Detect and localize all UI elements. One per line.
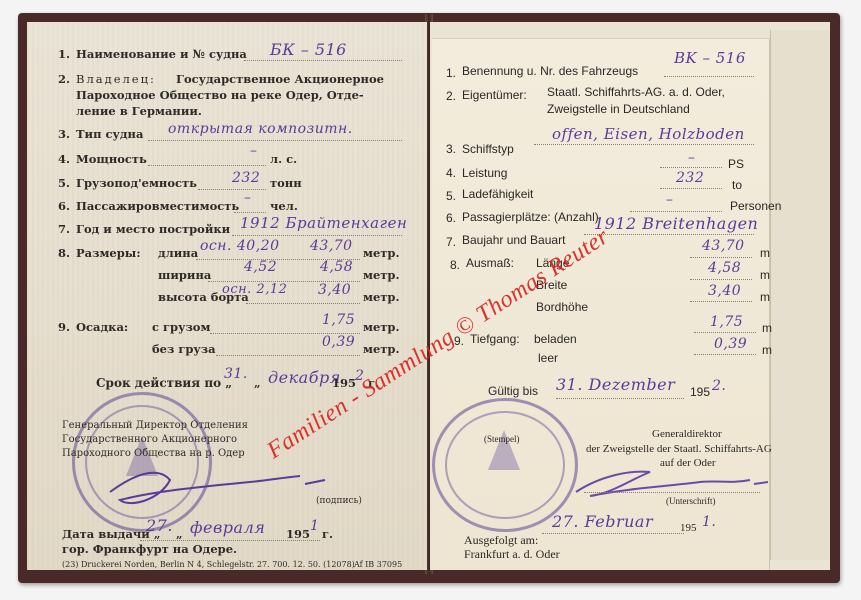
de-draft-empty-label: leer <box>538 351 558 365</box>
dotted-line <box>584 492 760 493</box>
row-6-unit: чел. <box>270 199 298 213</box>
issue-city: гор. Франкфурт на Одере. <box>62 542 237 556</box>
de-length-unit: m <box>760 246 770 260</box>
row-3-value: открытая композитн. <box>168 121 353 137</box>
de-director-line-2: der Zweigstelle der Staatl. Schiffahrts-… <box>586 443 772 455</box>
de-row-4-num: 4. <box>446 166 456 180</box>
row-9-label: Осадка: <box>76 320 128 334</box>
row-7-value: 1912 Брайтенхаген <box>240 214 407 232</box>
de-issue-year-prefix: 195 <box>680 522 697 534</box>
row-4-unit: л. с. <box>270 152 297 166</box>
validity-month: декабря <box>268 368 341 387</box>
de-validity-year-prefix: 195 <box>690 385 710 399</box>
dotted-line <box>542 533 684 534</box>
row-7-label: Год и место постройки <box>76 222 230 236</box>
de-row-1-label: Benennung u. Nr. des Fahrzeugs <box>462 64 638 78</box>
de-draft-empty-value: 0,39 <box>714 336 747 352</box>
de-row-6-value: – <box>666 192 674 208</box>
de-row-1-num: 1. <box>446 66 456 80</box>
signature-caption-left: (подпись) <box>316 496 362 506</box>
de-row-7-value: 1912 Breitenhagen <box>594 214 758 233</box>
dotted-line <box>664 76 754 77</box>
row-5-value: 232 <box>232 170 260 186</box>
row-6-value: – <box>244 190 252 206</box>
de-row-4-label: Leistung <box>462 166 507 180</box>
de-row-8-label: Ausmaß: <box>466 256 514 270</box>
row-5-num: 5. <box>58 176 70 190</box>
height-value-2: 3,40 <box>318 282 351 298</box>
de-row-6-label: Passagierplätze: (Anzahl) <box>462 210 599 224</box>
row-1-value: БК – 516 <box>270 40 347 59</box>
de-draft-loaded-label: beladen <box>534 332 577 346</box>
de-draft-empty-unit: m <box>762 343 772 357</box>
dotted-line <box>630 211 722 212</box>
dotted-line <box>148 140 402 141</box>
de-row-7-num: 7. <box>446 235 456 249</box>
issue-end: г. <box>322 527 333 541</box>
row-1-num: 1. <box>58 47 70 61</box>
de-issue-year-suffix: 1. <box>702 514 716 530</box>
row-4-label: Мощность <box>76 152 147 166</box>
length-label: длина <box>158 246 198 260</box>
length-value-2: 43,70 <box>310 238 353 254</box>
issue-day: 27. <box>146 516 173 535</box>
de-row-7-label: Baujahr und Bauart <box>462 233 565 247</box>
owner-line-3: ление в Германии. <box>76 104 202 118</box>
dotted-line <box>690 279 752 280</box>
validity-mid: „ <box>254 376 261 390</box>
row-4-value: – <box>250 143 258 159</box>
de-issue-value: 27. Februar <box>552 512 653 531</box>
signature-left <box>100 460 330 510</box>
dotted-line <box>660 167 722 168</box>
draft-empty-value: 0,39 <box>322 334 355 350</box>
de-draft-loaded-value: 1,75 <box>710 314 743 330</box>
draft-empty-label: без груза <box>152 342 216 356</box>
row-8-num: 8. <box>58 246 70 260</box>
de-length-value: 43,70 <box>702 238 745 254</box>
dotted-line <box>244 60 402 61</box>
printer-imprint: (23) Druckerei Norden, Berlin N 4, Schle… <box>62 560 355 569</box>
de-draft-loaded-unit: m <box>762 321 772 335</box>
de-width-value: 4,58 <box>708 260 741 276</box>
issue-month: февраля <box>190 518 265 537</box>
row-2-label: Владелец: <box>76 72 156 86</box>
draft-loaded-value: 1,75 <box>322 312 355 328</box>
width-value-1: 4,52 <box>244 259 277 275</box>
row-8-label: Размеры: <box>76 246 141 260</box>
de-row-5-value: 232 <box>676 170 704 186</box>
dotted-line <box>690 301 752 302</box>
length-unit: метр. <box>363 246 399 260</box>
director-line-3: Пароходного Общества на р. Одер <box>62 448 245 459</box>
validity-prefix: Срок действия по „ <box>96 376 232 390</box>
de-issue-prefix: Ausgefolgt am: <box>464 533 538 548</box>
issue-mid: „ <box>176 527 183 541</box>
de-row-4-unit: PS <box>728 157 744 171</box>
row-2-num: 2. <box>58 72 70 86</box>
width-unit: метр. <box>363 268 399 282</box>
draft-loaded-unit: метр. <box>363 320 399 334</box>
dotted-line <box>556 398 684 399</box>
draft-empty-unit: метр. <box>363 342 399 356</box>
dotted-line <box>584 234 754 235</box>
de-row-6-num: 6. <box>446 211 456 225</box>
de-owner-line-1: Staatl. Schiffahrts-AG. a. d. Oder, <box>547 85 725 99</box>
de-row-4-value: – <box>688 150 696 166</box>
de-row-3-value: offen, Eisen, Holzboden <box>552 125 745 143</box>
de-validity-value: 31. Dezember <box>556 375 675 394</box>
issue-year-suffix: 1 <box>310 518 319 534</box>
row-1-label: Наименование и № судна <box>76 47 247 61</box>
height-unit: метр. <box>363 290 399 304</box>
de-row-3-num: 3. <box>446 142 456 156</box>
stamp-caption: (Stempel) <box>484 434 520 444</box>
owner-line-1: Государственное Акционерное <box>176 72 384 86</box>
de-height-unit: m <box>760 290 770 304</box>
de-row-5-num: 5. <box>446 189 456 203</box>
length-value-1: осн. 40,20 <box>200 238 279 254</box>
de-row-3-label: Schiffstyp <box>462 142 514 156</box>
dotted-line <box>534 144 754 145</box>
de-row-2-label: Eigentümer: <box>462 88 527 102</box>
director-line-2: Государственного Акционерного <box>62 434 237 445</box>
de-row-6-unit: Personen <box>730 199 781 213</box>
width-value-2: 4,58 <box>320 259 353 275</box>
row-9-num: 9. <box>58 320 70 334</box>
dotted-line <box>690 257 752 258</box>
row-4-num: 4. <box>58 152 70 166</box>
director-line-1: Генеральный Директор Отделения <box>62 420 248 431</box>
de-owner-line-2: Zweigstelle in Deutschland <box>547 102 690 116</box>
row-7-num: 7. <box>58 222 70 236</box>
row-5-label: Грузопод'емность <box>76 176 197 190</box>
de-height-label: Bordhöhe <box>536 300 588 314</box>
de-width-unit: m <box>760 268 770 282</box>
draft-loaded-label: с грузом <box>152 320 210 334</box>
de-issue-city: Frankfurt a. d. Oder <box>464 547 560 562</box>
de-row-1-value: BK – 516 <box>674 49 746 67</box>
width-label: ширина <box>158 268 211 282</box>
de-validity-year-suffix: 2. <box>712 378 726 394</box>
dotted-line <box>246 303 360 304</box>
de-row-8-num: 8. <box>450 258 460 272</box>
signature-caption-right: (Unterschrift) <box>666 496 715 506</box>
row-5-unit: тонн <box>270 176 302 190</box>
de-row-5-label: Ladefähigkeit <box>462 187 533 201</box>
height-value-1: осн. 2,12 <box>222 282 287 297</box>
row-3-num: 3. <box>58 127 70 141</box>
dotted-line <box>694 354 756 355</box>
de-director-line-1: Generaldirektor <box>652 428 722 440</box>
owner-line-2: Пароходное Общество на реке Одер, Отде- <box>76 88 364 102</box>
dotted-line <box>694 332 756 333</box>
row-6-num: 6. <box>58 199 70 213</box>
dotted-line <box>234 212 266 213</box>
dotted-line <box>232 235 402 236</box>
dotted-line <box>216 355 360 356</box>
de-row-5-unit: to <box>732 178 742 192</box>
de-height-value: 3,40 <box>708 283 741 299</box>
issue-year-prefix: 195 <box>286 527 310 541</box>
form-code: Af IB 37095 <box>354 560 402 569</box>
validity-day: 31. <box>224 366 248 382</box>
de-validity-prefix: Gültig bis <box>488 384 538 398</box>
row-6-label: Пассажировместимость <box>76 199 239 213</box>
right-page-edge <box>770 30 830 560</box>
de-row-2-num: 2. <box>446 89 456 103</box>
dotted-line <box>198 189 266 190</box>
dotted-line <box>660 188 722 189</box>
row-3-label: Тип судна <box>76 127 143 141</box>
dotted-line <box>148 165 266 166</box>
